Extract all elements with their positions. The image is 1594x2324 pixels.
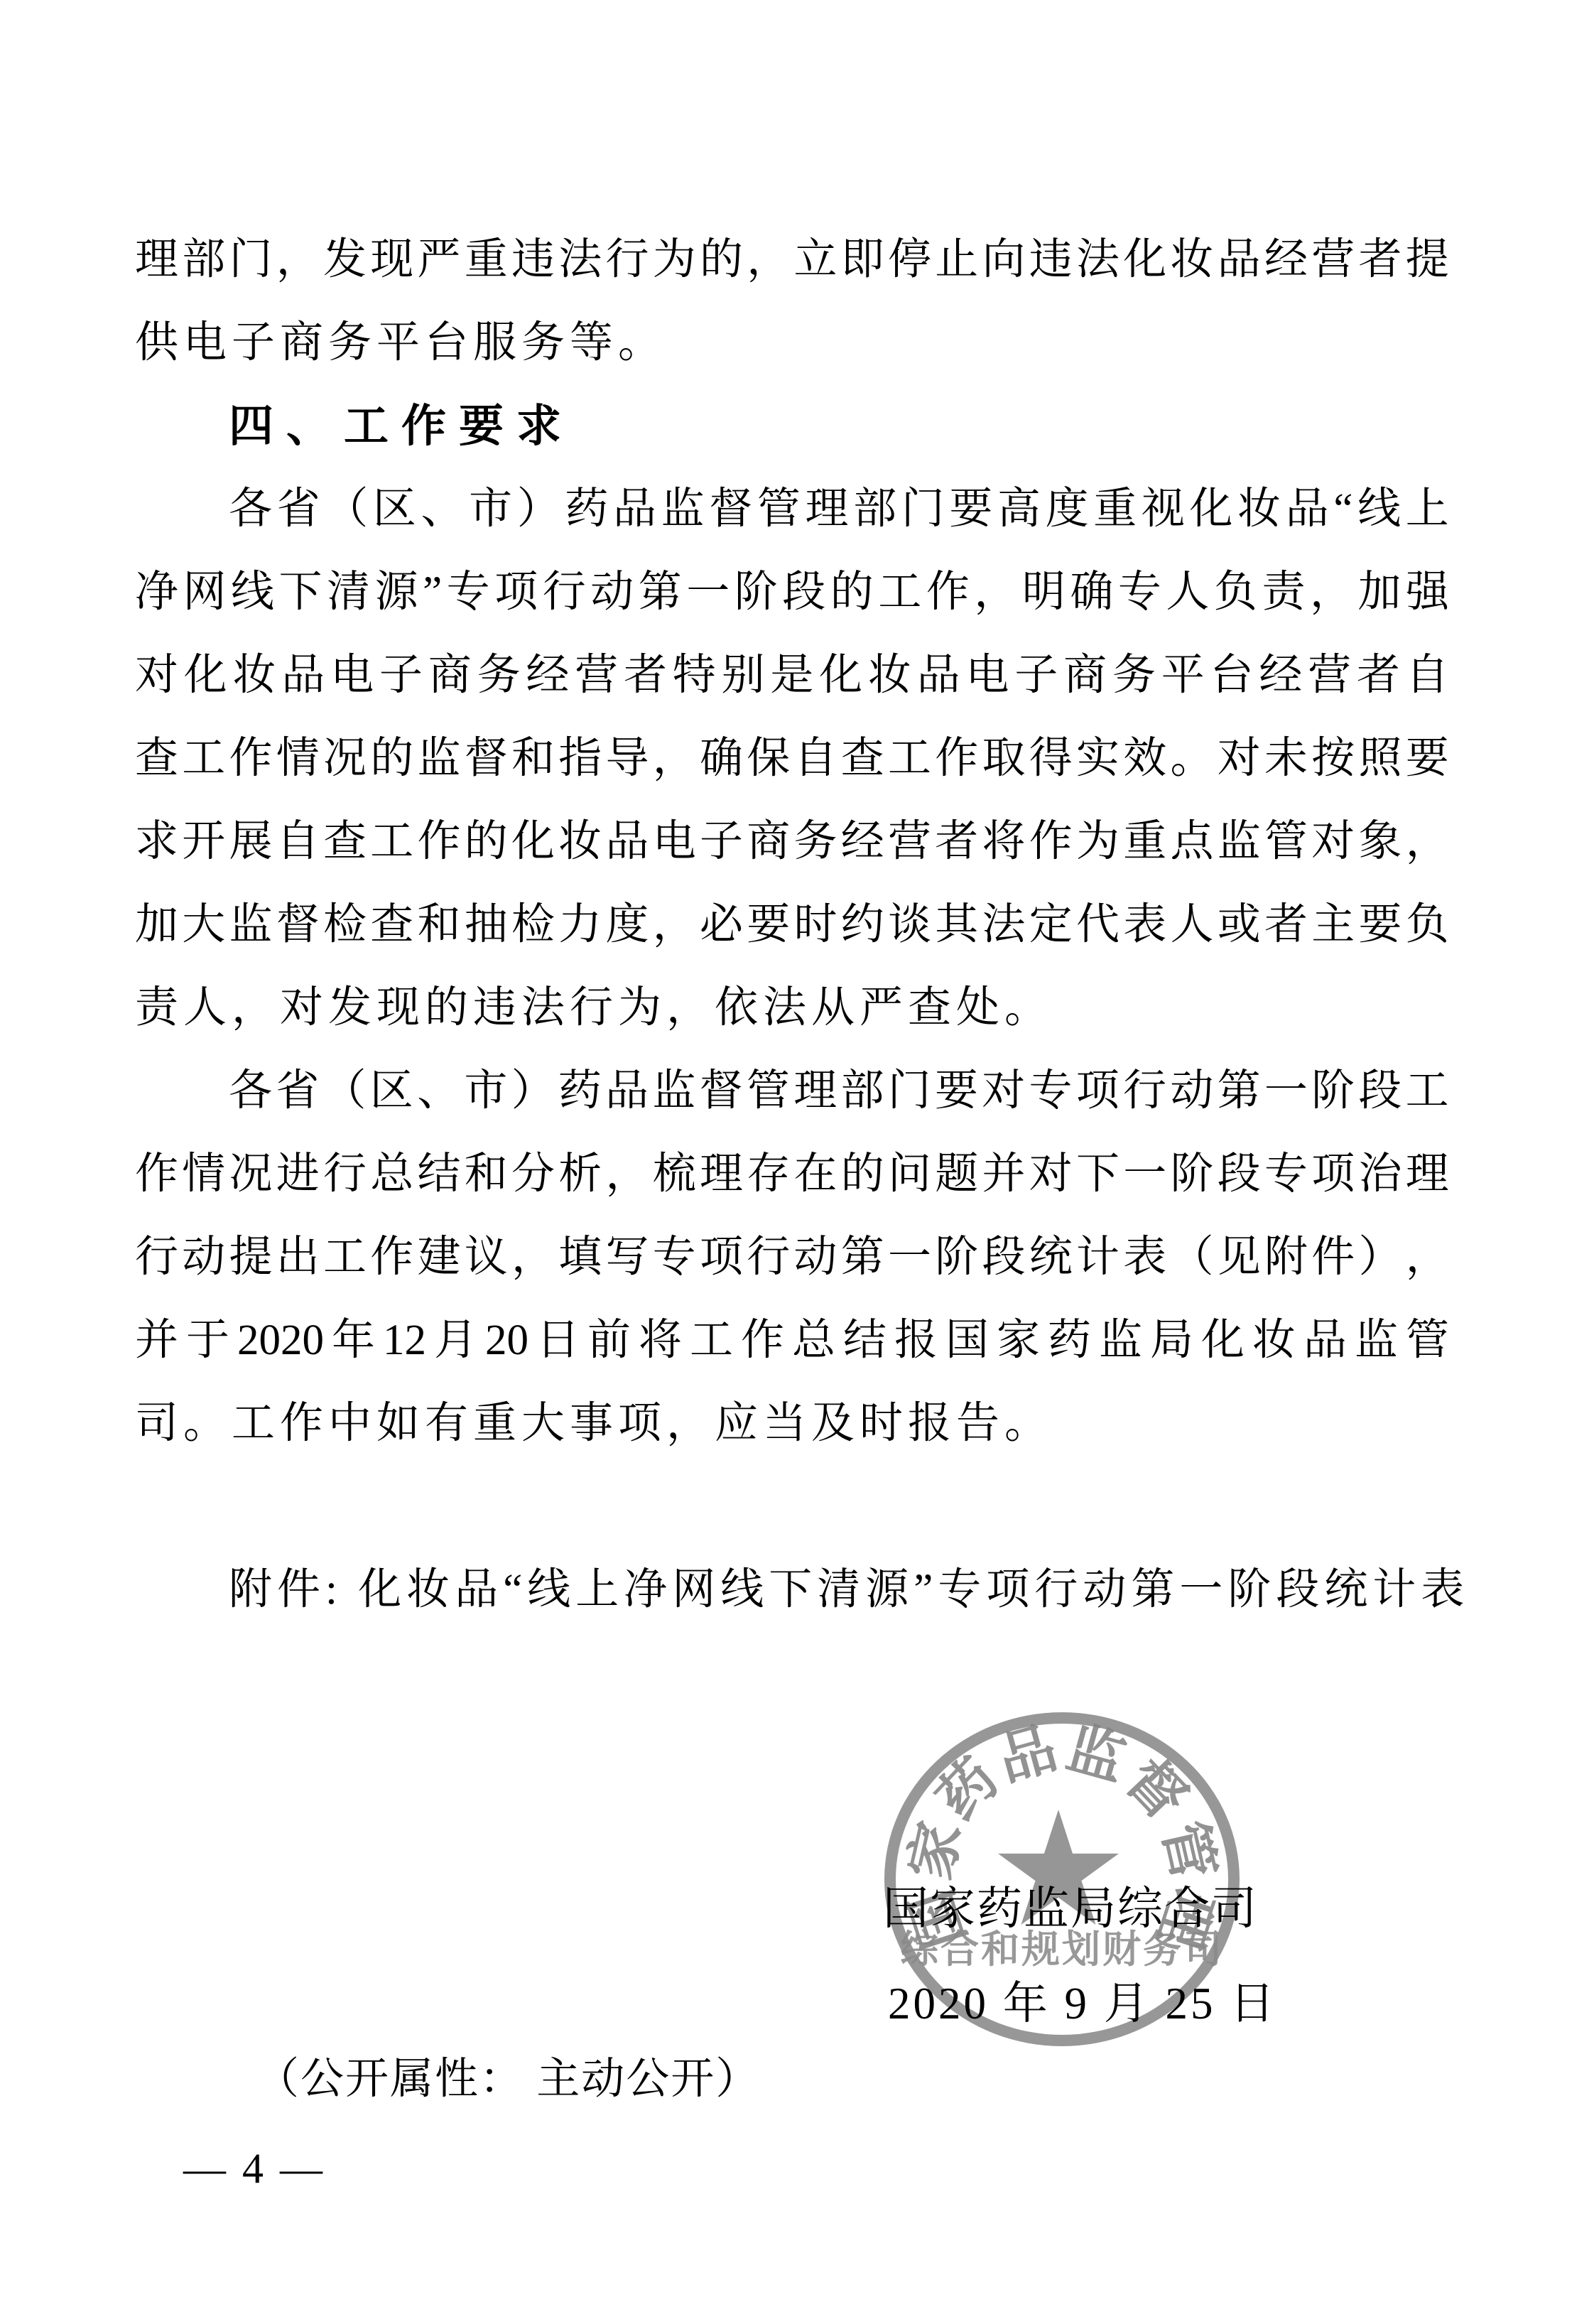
body-line: 净网线下清源”专项行动第一阶段的工作，明确专人负责，加强 [135,560,1449,625]
body-line: 各省（区、市）药品监督管理部门要高度重视化妆品“线上 [135,477,1449,542]
body-line: 查工作情况的监督和指导，确保自查工作取得实效。对未按照要 [135,726,1449,791]
body-line: 加大监督检查和抽检力度，必要时约谈其法定代表人或者主要负 [135,892,1449,958]
document-page: 理部门，发现严重违法行为的，立即停止向违法化妆品经营者提供电子商务平台服务等。四… [0,0,1594,2324]
body-line: 附件: 化妆品“线上净网线下清源”专项行动第一阶段统计表 [135,1557,1449,1623]
body-line: 理部门，发现严重违法行为的，立即停止向违法化妆品经营者提 [135,227,1449,293]
body-line: 责人，对发现的违法行为，依法从严查处。 [135,975,1449,1041]
body-line: 各省（区、市）药品监督管理部门要对专项行动第一阶段工 [135,1059,1449,1124]
page-number: — 4 — [183,2143,325,2194]
body-line: 作情况进行总结和分析，梳理存在的问题并对下一阶段专项治理 [135,1142,1449,1207]
body-line: 并于2020年12月20日前将工作总结报国家药监局化妆品监管 [135,1308,1449,1373]
body-line: 行动提出工作建议，填写专项行动第一阶段统计表（见附件）， [135,1225,1449,1290]
issue-date: 2020 年 9 月 25 日 [888,1975,1277,2032]
body-line: 司。工作中如有重大事项，应当及时报告。 [135,1391,1449,1456]
body-line: 求开展自查工作的化妆品电子商务经营者将作为重点监管对象， [135,809,1449,875]
issuing-office: 国家药监局综合司 [883,1883,1258,1935]
disclosure-attribute: （公开属性： 主动公开） [256,2052,760,2107]
body-line: 对化妆品电子商务经营者特别是化妆品电子商务平台经营者自 [135,643,1449,708]
section-heading: 四、工作要求 [135,394,1449,459]
body-line: 供电子商务平台服务等。 [135,310,1449,376]
